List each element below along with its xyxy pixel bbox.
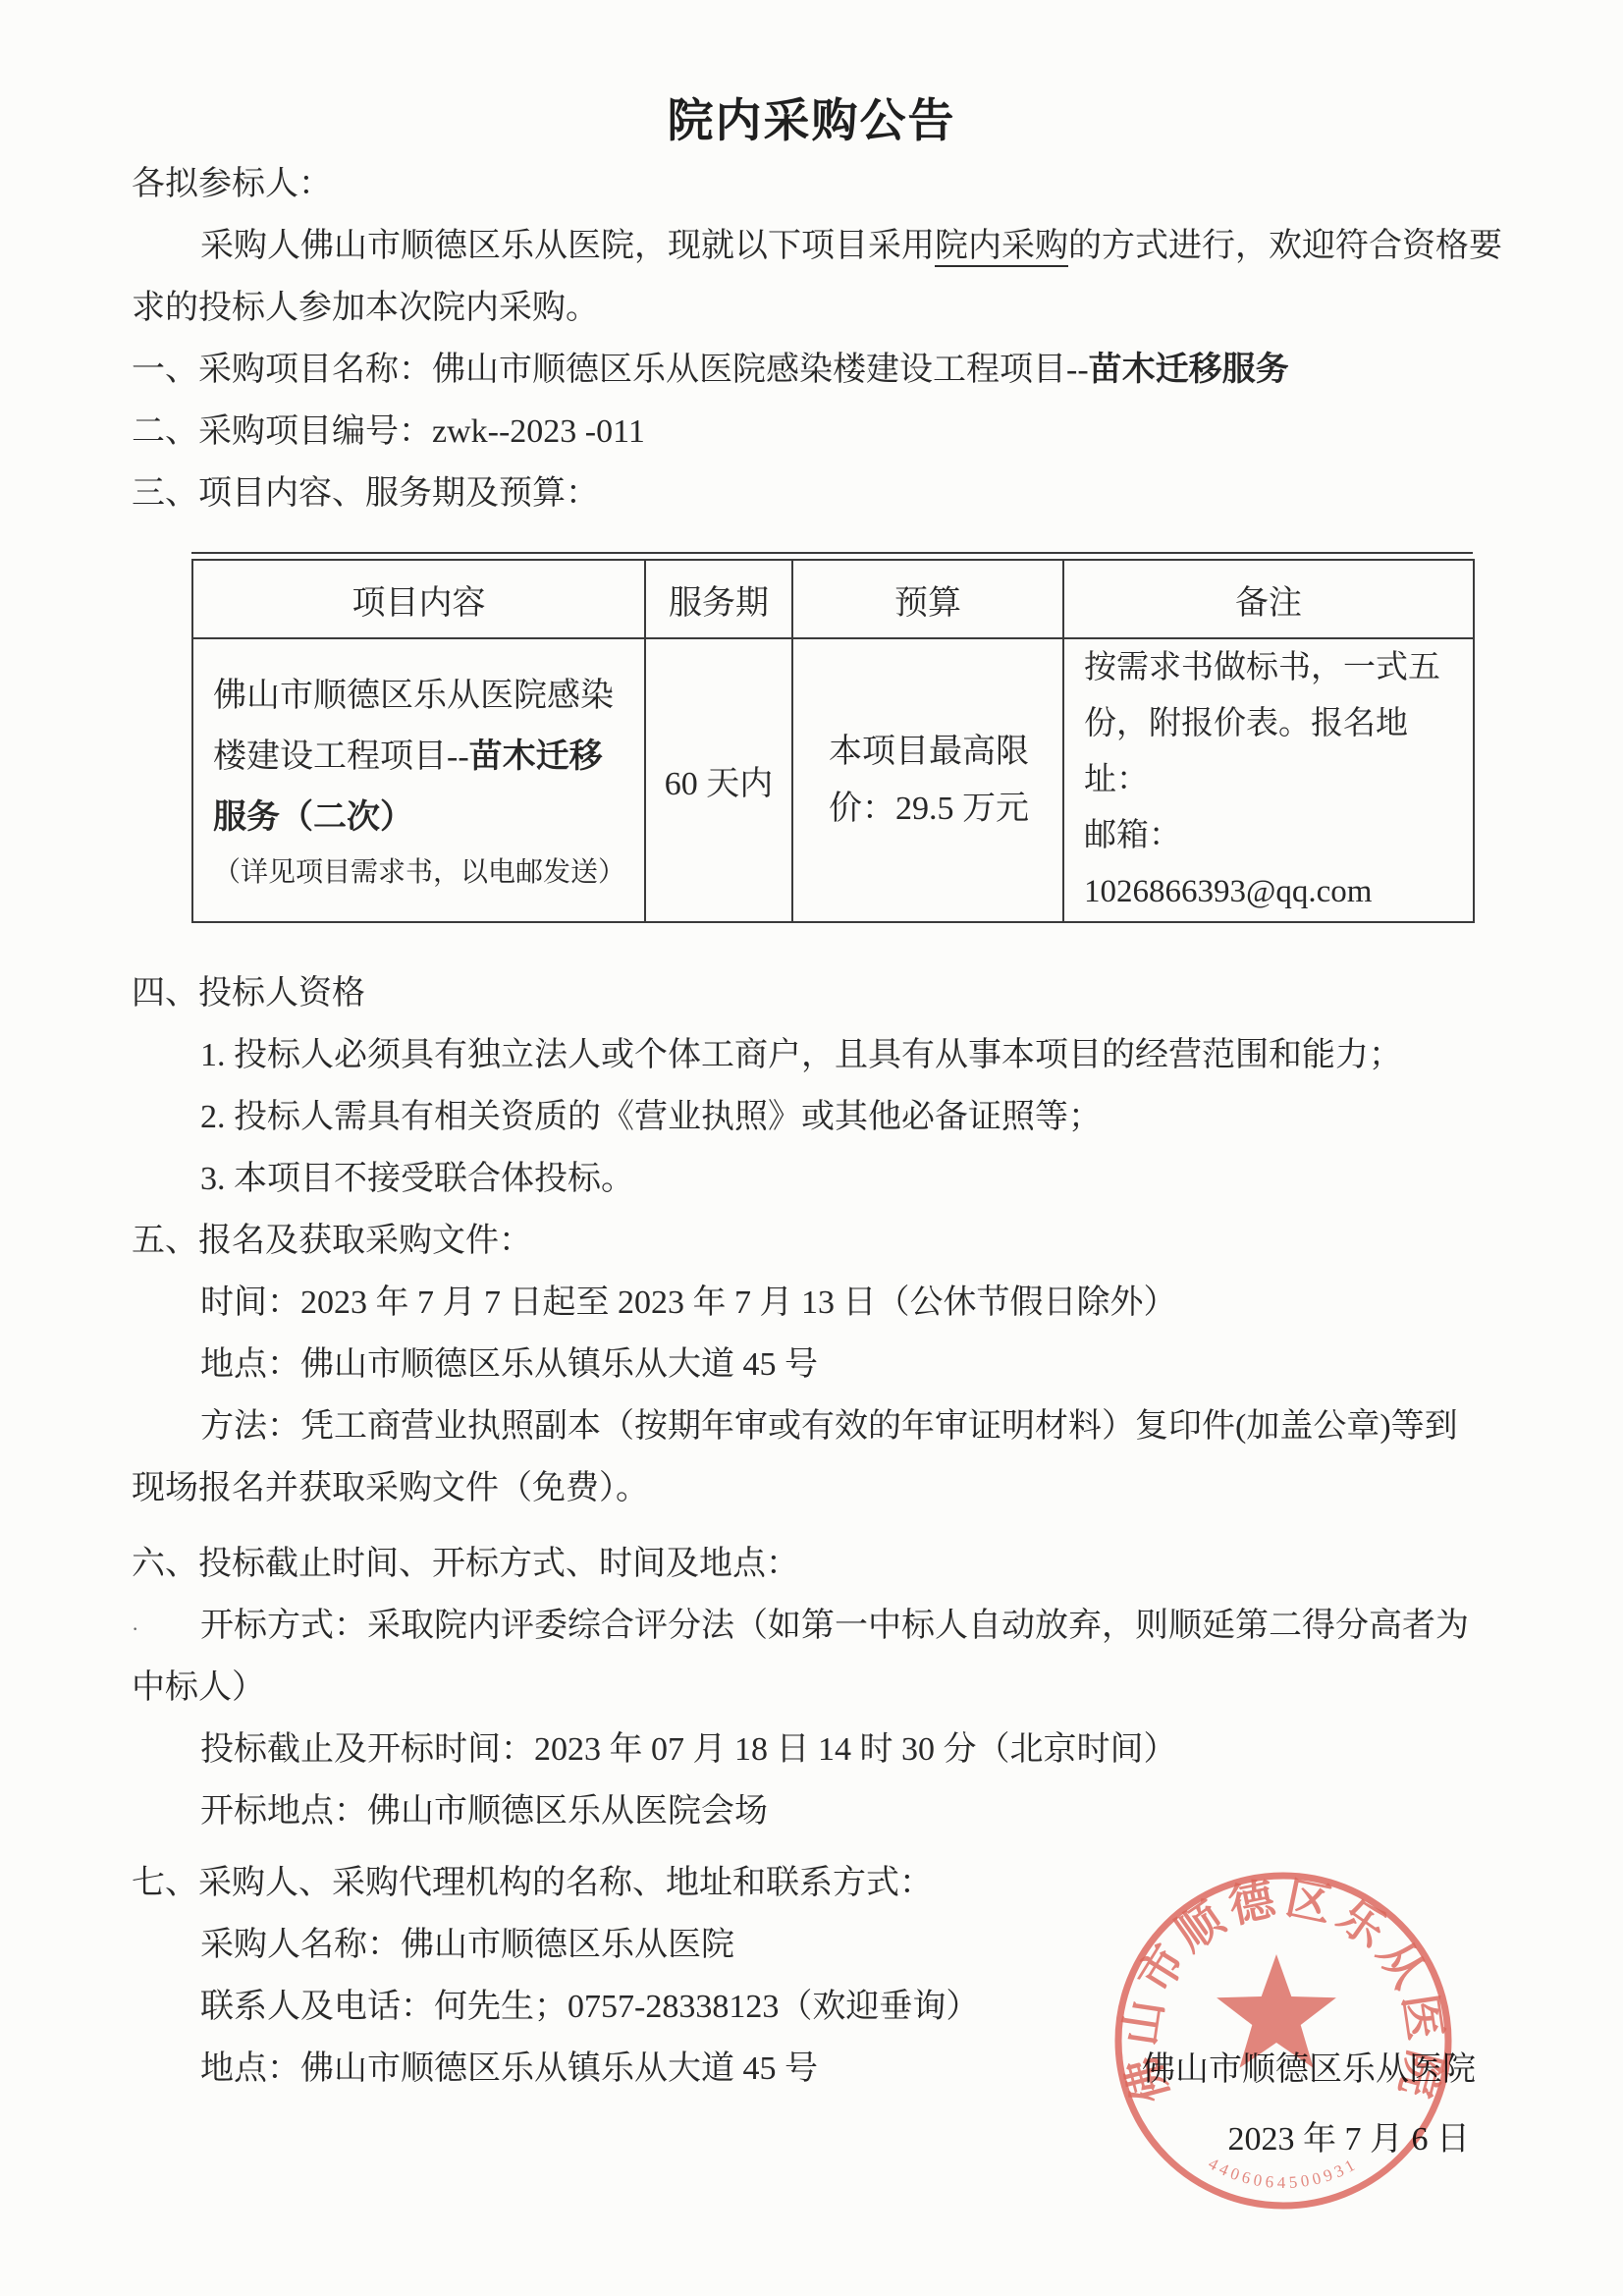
cell-budget: 本项目最高限 价：29.5 万元 — [792, 638, 1063, 922]
open-method-text: 开标方式：采取院内评委综合评分法（如第一中标人自动放弃，则顺延第二得分高者为 — [200, 1608, 1469, 1644]
intro-line-1: 采购人佛山市顺德区乐从医院，现就以下项目采用院内采购的方式进行，欢迎符合资格要 — [0, 215, 1623, 277]
section-6-open-method-line-2: 中标人） — [0, 1657, 1623, 1719]
section-6-deadline: 投标截止及开标时间：2023 年 07 月 18 日 14 时 30 分（北京时… — [0, 1719, 1623, 1780]
seal-serial-number: 4406064500931 — [1206, 2154, 1362, 2192]
item-2-project-number: 二、采购项目编号：zwk--2023 -011 — [0, 401, 1623, 463]
section-6-open-method-line-1: ·开标方式：采取院内评委综合评分法（如第一中标人自动放弃，则顺延第二得分高者为 — [0, 1595, 1623, 1657]
project-content-line-1: 佛山市顺德区乐从医院感染 — [213, 666, 634, 727]
project-content-line-2-regular: 楼建设工程项目-- — [213, 738, 469, 775]
intro-line-1-pre: 采购人佛山市顺德区乐从医院，现就以下项目采用 — [200, 228, 935, 264]
official-seal: 佛山市顺德区乐从医院 4406064500931 — [1097, 1854, 1470, 2227]
table-header-row: 项目内容 服务期 预算 备注 — [192, 560, 1474, 638]
project-content-note: （详见项目需求书，以电邮发送） — [213, 848, 634, 898]
col-header-content: 项目内容 — [192, 560, 645, 638]
intro-line-2: 求的投标人参加本次院内采购。 — [0, 277, 1623, 339]
section-5-heading: 五、报名及获取采购文件： — [0, 1210, 1623, 1272]
col-header-service-period: 服务期 — [645, 560, 792, 638]
section-5-place: 地点：佛山市顺德区乐从镇乐从大道 45 号 — [0, 1334, 1623, 1395]
section-6-open-place: 开标地点：佛山市顺德区乐从医院会场 — [0, 1780, 1623, 1842]
page-title: 院内采购公告 — [0, 0, 1623, 153]
col-header-remark: 备注 — [1063, 560, 1474, 638]
project-content-line-3: 服务（二次） — [213, 788, 634, 848]
item-1-name: 佛山市顺德区乐从医院感染楼建设工程项目-- — [432, 352, 1089, 388]
item-1-name-bold: 苗木迁移服务 — [1089, 352, 1289, 388]
section-4-heading: 四、投标人资格 — [0, 962, 1623, 1024]
document-page: 院内采购公告 各拟参标人： 采购人佛山市顺德区乐从医院，现就以下项目采用院内采购… — [0, 0, 1623, 2296]
section-4-item-2: 2. 投标人需具有相关资质的《营业执照》或其他必备证照等； — [0, 1086, 1623, 1148]
project-table: 项目内容 服务期 预算 备注 佛山市顺德区乐从医院感染 楼建设工程项目--苗木迁… — [191, 559, 1475, 923]
section-4-item-1: 1. 投标人必须具有独立法人或个体工商户，且具有从事本项目的经营范围和能力； — [0, 1024, 1623, 1086]
cell-service-period: 60 天内 — [645, 638, 792, 922]
section-5-time: 时间：2023 年 7 月 7 日起至 2023 年 7 月 13 日（公休节假… — [0, 1272, 1623, 1334]
section-5-method-line-1: 方法：凭工商营业执照副本（按期年审或有效的年审证明材料）复印件(加盖公章)等到 — [0, 1395, 1623, 1457]
section-6-heading: 六、投标截止时间、开标方式、时间及地点： — [0, 1533, 1623, 1595]
project-content-line-2-bold: 苗木迁移 — [469, 738, 603, 775]
stray-dot-mark: · — [132, 1598, 200, 1660]
cell-remark: 按需求书做标书，一式五 份，附报价表。报名地址： 邮箱：1026866393@q… — [1063, 638, 1474, 922]
project-content-line-2: 楼建设工程项目--苗木迁移 — [213, 727, 634, 788]
col-header-budget: 预算 — [792, 560, 1063, 638]
section-5-method-line-2: 现场报名并获取采购文件（免费）。 — [0, 1457, 1623, 1519]
table-row: 佛山市顺德区乐从医院感染 楼建设工程项目--苗木迁移 服务（二次） （详见项目需… — [192, 638, 1474, 922]
intro-line-1-post: 的方式进行，欢迎符合资格要 — [1068, 228, 1502, 264]
seal-star-icon — [1217, 1954, 1336, 2068]
salutation: 各拟参标人： — [0, 153, 1623, 215]
project-table-wrapper: 项目内容 服务期 预算 备注 佛山市顺德区乐从医院感染 楼建设工程项目--苗木迁… — [191, 552, 1473, 923]
item-1-project-name: 一、采购项目名称：佛山市顺德区乐从医院感染楼建设工程项目--苗木迁移服务 — [0, 339, 1623, 401]
cell-project-content: 佛山市顺德区乐从医院感染 楼建设工程项目--苗木迁移 服务（二次） （详见项目需… — [192, 638, 645, 922]
section-4-item-3: 3. 本项目不接受联合体投标。 — [0, 1148, 1623, 1210]
item-1-label: 一、采购项目名称： — [132, 352, 432, 388]
intro-underlined-term: 院内采购 — [935, 228, 1068, 267]
item-3-contents-heading: 三、项目内容、服务期及预算： — [0, 463, 1623, 524]
